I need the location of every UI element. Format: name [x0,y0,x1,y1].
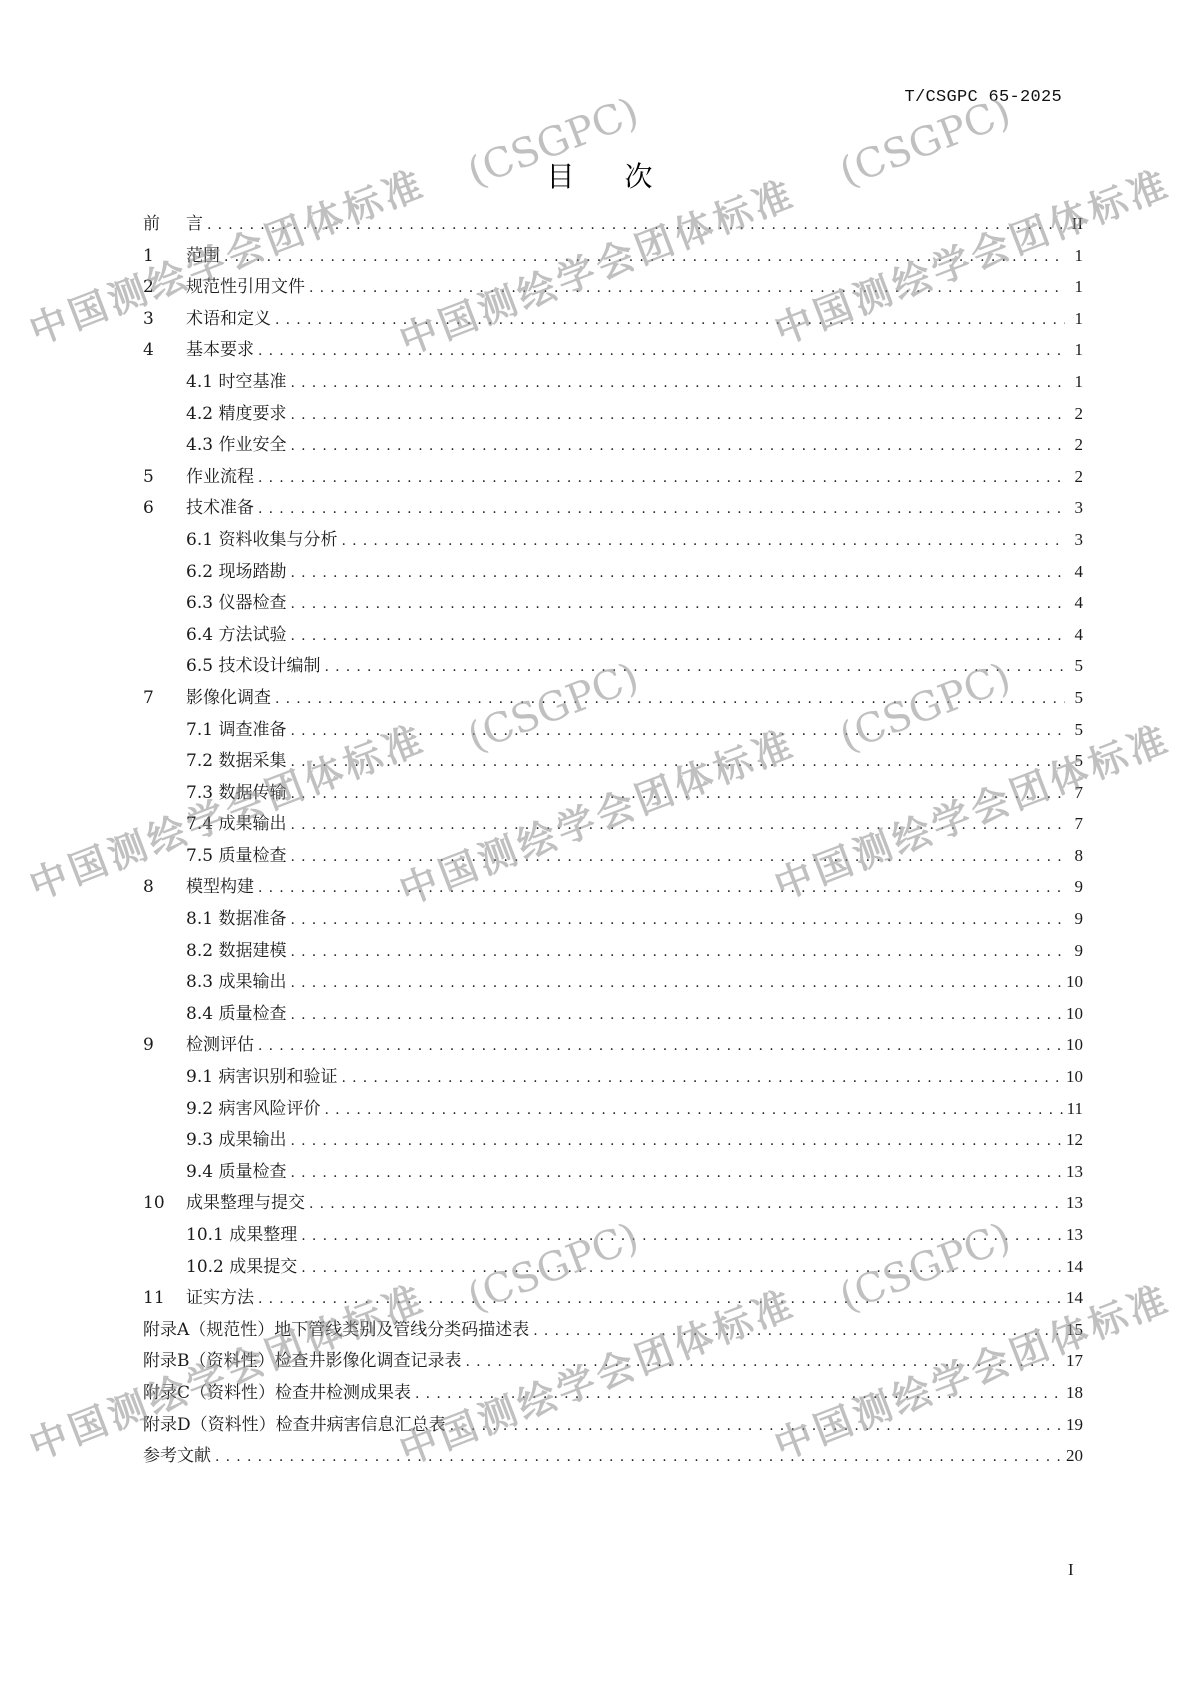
toc-entry-label: 1范围 [143,241,220,273]
toc-entry-label: 10成果整理与提交 [143,1188,305,1220]
toc-entry-page: 2 [1069,398,1083,430]
toc-entry-title: 7.2 数据采集 [186,751,286,771]
toc-entry-page: 5 [1069,650,1083,682]
toc-entry-page: 14 [1066,1251,1083,1283]
toc-entry-title: 9.3 成果输出 [186,1130,286,1150]
dot-leader [275,684,1065,716]
toc-entry-number: 3 [143,304,186,336]
toc-entry-label: 5作业流程 [143,462,254,494]
toc-entry-page: 10 [1066,966,1083,998]
toc-entry-title: 8.2 数据建模 [186,941,286,961]
toc-entry[interactable]: 5作业流程2 [143,461,1083,493]
toc-entry-label: 4.1 时空基准 [143,367,286,399]
toc-entry-page: II [1069,208,1083,240]
dot-leader [341,1063,1062,1095]
toc-entry-page: 13 [1066,1219,1083,1251]
toc-entry-label: 8.2 数据建模 [143,936,286,968]
toc-entry-title: 6.3 仪器检查 [186,593,286,613]
toc-entry-page: 7 [1069,808,1083,840]
toc-entry[interactable]: 8.4 质量检查10 [143,998,1083,1030]
dot-leader [258,873,1065,905]
toc-entry-label: 11证实方法 [143,1283,254,1315]
toc-entry[interactable]: 6技术准备3 [143,492,1083,524]
toc-entry-title: 范围 [186,246,220,266]
dot-leader [258,1031,1062,1063]
toc-entry-title: 影像化调查 [186,688,271,708]
toc-entry-label: 2规范性引用文件 [143,272,305,304]
dot-leader [290,400,1065,432]
dot-leader [309,273,1065,305]
toc-entry[interactable]: 9.1 病害识别和验证10 [143,1061,1083,1093]
toc-entry-number: 11 [143,1283,186,1315]
toc-entry-label: 7.5 质量检查 [143,841,286,873]
toc-entry-label: 8.4 质量检查 [143,999,286,1031]
toc-entry-title: 技术准备 [186,498,254,518]
toc-entry[interactable]: 附录D（资料性）检查井病害信息汇总表19 [143,1409,1083,1441]
toc-entry[interactable]: 7.4 成果输出7 [143,808,1083,840]
toc-entry[interactable]: 参考文献20 [143,1440,1083,1472]
toc-entry[interactable]: 8.1 数据准备9 [143,903,1083,935]
toc-entry-title: 6.2 现场踏勘 [186,562,286,582]
toc-entry[interactable]: 6.4 方法试验4 [143,619,1083,651]
dot-leader [258,336,1065,368]
toc-entry-label: 7影像化调查 [143,683,271,715]
dot-leader [290,431,1065,463]
toc-entry-page: 18 [1066,1377,1083,1409]
toc-entry-label: 9.1 病害识别和验证 [143,1062,337,1094]
dot-leader [275,305,1065,337]
dot-leader [290,1126,1062,1158]
toc-entry-label: 附录D（资料性）检查井病害信息汇总表 [143,1410,446,1442]
toc-entry[interactable]: 9.2 病害风险评价11 [143,1093,1083,1125]
toc-entry-title: 4.1 时空基准 [186,372,286,392]
toc-entry-title: 6.5 技术设计编制 [186,656,320,676]
toc-entry-page: 1 [1069,271,1083,303]
toc-entry-title: 参考文献 [143,1446,211,1466]
toc-entry[interactable]: 6.2 现场踏勘4 [143,556,1083,588]
dot-leader [290,968,1062,1000]
toc-entry-title: 8.4 质量检查 [186,1004,286,1024]
dot-leader [466,1347,1063,1379]
dot-leader [533,1316,1062,1348]
toc-entry[interactable]: 7.5 质量检查8 [143,840,1083,872]
toc-entry-page: 4 [1069,587,1083,619]
toc-entry[interactable]: 9.4 质量检查13 [143,1156,1083,1188]
toc-entry-title: 10.2 成果提交 [186,1257,297,1277]
toc-entry-title: 附录B（资料性）检查井影像化调查记录表 [143,1351,462,1371]
toc-entry[interactable]: 4.3 作业安全2 [143,429,1083,461]
toc-entry-page: 2 [1069,429,1083,461]
toc-entry-page: 10 [1066,1061,1083,1093]
toc-entry-label: 8模型构建 [143,872,254,904]
dot-leader [224,242,1065,274]
toc-entry-title: 附录A（规范性）地下管线类别及管线分类码描述表 [143,1320,529,1340]
toc-entry-page: 13 [1066,1187,1083,1219]
toc-entry-label: 附录B（资料性）检查井影像化调查记录表 [143,1346,462,1378]
toc-entry[interactable]: 7影像化调查5 [143,682,1083,714]
dot-leader [341,526,1065,558]
toc-entry-label: 参考文献 [143,1441,211,1473]
dot-leader [301,1253,1062,1285]
toc-entry-label: 9.3 成果输出 [143,1125,286,1157]
dot-leader [290,1158,1062,1190]
toc-entry-title: 8.1 数据准备 [186,909,286,929]
toc-entry-page: 17 [1066,1345,1083,1377]
toc-entry-label: 9.2 病害风险评价 [143,1094,320,1126]
toc-entry-page: 5 [1069,745,1083,777]
dot-leader [290,558,1065,590]
toc-entry[interactable]: 3术语和定义1 [143,303,1083,335]
dot-leader [290,1000,1062,1032]
dot-leader [290,842,1065,874]
page-title: 目次 [0,155,1199,195]
toc-entry-label: 6.4 方法试验 [143,620,286,652]
toc-entry-title: 7.5 质量检查 [186,846,286,866]
toc-entry[interactable]: 6.1 资料收集与分析3 [143,524,1083,556]
toc-entry-title: 4.2 精度要求 [186,404,286,424]
dot-leader [258,463,1065,495]
toc-entry-title: 8.3 成果输出 [186,972,286,992]
dot-leader [290,937,1065,969]
toc-entry-number: 7 [143,683,186,715]
toc-entry[interactable]: 4.1 时空基准1 [143,366,1083,398]
toc-entry-page: 15 [1066,1314,1083,1346]
toc-entry-title: 9.4 质量检查 [186,1162,286,1182]
dot-leader [207,210,1065,242]
table-of-contents: 前言II1范围12规范性引用文件13术语和定义14基本要求14.1 时空基准14… [143,208,1083,1472]
toc-entry-label: 7.1 调查准备 [143,715,286,747]
toc-entry-label: 附录A（规范性）地下管线类别及管线分类码描述表 [143,1315,529,1347]
toc-entry-page: 20 [1066,1440,1083,1472]
toc-entry-label: 7.3 数据传输 [143,778,286,810]
toc-entry-title: 证实方法 [186,1288,254,1308]
toc-entry[interactable]: 8.2 数据建模9 [143,935,1083,967]
toc-entry-page: 1 [1069,303,1083,335]
toc-entry[interactable]: 1范围1 [143,240,1083,272]
toc-entry-number: 6 [143,493,186,525]
toc-entry-label: 6.3 仪器检查 [143,588,286,620]
toc-entry[interactable]: 6.3 仪器检查4 [143,587,1083,619]
toc-entry-label: 3术语和定义 [143,304,271,336]
toc-entry-page: 1 [1069,334,1083,366]
dot-leader [309,1189,1062,1221]
toc-entry-title: 9.1 病害识别和验证 [186,1067,337,1087]
toc-entry-title: 附录C（资料性）检查井检测成果表 [143,1383,411,1403]
dot-leader [415,1379,1062,1411]
toc-entry-page: 4 [1069,619,1083,651]
toc-entry-label: 4基本要求 [143,335,254,367]
toc-entry-number: 1 [143,241,186,273]
toc-entry[interactable]: 10成果整理与提交13 [143,1187,1083,1219]
dot-leader [290,810,1065,842]
toc-entry-number: 8 [143,872,186,904]
toc-entry-page: 5 [1069,714,1083,746]
toc-entry-page: 1 [1069,240,1083,272]
toc-entry[interactable]: 附录C（资料性）检查井检测成果表18 [143,1377,1083,1409]
dot-leader [290,368,1065,400]
toc-entry-title: 附录D（资料性）检查井病害信息汇总表 [143,1415,446,1435]
toc-entry-number: 10 [143,1188,186,1220]
toc-entry[interactable]: 7.2 数据采集5 [143,745,1083,777]
toc-entry-title: 作业流程 [186,467,254,487]
toc-entry-title: 6.4 方法试验 [186,625,286,645]
dot-leader [290,779,1065,811]
toc-entry-label: 7.4 成果输出 [143,809,286,841]
toc-entry-page: 9 [1069,903,1083,935]
toc-entry-page: 3 [1069,524,1083,556]
standard-code: T/CSGPC 65-2025 [904,88,1062,107]
toc-entry-label: 附录C（资料性）检查井检测成果表 [143,1378,411,1410]
toc-entry-page: 7 [1069,777,1083,809]
toc-entry-label: 9检测评估 [143,1030,254,1062]
toc-entry-label: 6.5 技术设计编制 [143,651,320,683]
toc-entry-title: 7.3 数据传输 [186,783,286,803]
dot-leader [290,621,1065,653]
dot-leader [290,747,1065,779]
toc-entry[interactable]: 7.3 数据传输7 [143,777,1083,809]
toc-entry-label: 9.4 质量检查 [143,1157,286,1189]
page-number: I [1068,1560,1074,1580]
toc-entry[interactable]: 7.1 调查准备5 [143,714,1083,746]
toc-entry[interactable]: 前言II [143,208,1083,240]
toc-entry-title: 检测评估 [186,1035,254,1055]
toc-entry-title: 7.1 调查准备 [186,720,286,740]
toc-entry-label: 6技术准备 [143,493,254,525]
toc-entry[interactable]: 附录A（规范性）地下管线类别及管线分类码描述表15 [143,1314,1083,1346]
toc-entry[interactable]: 9.3 成果输出12 [143,1124,1083,1156]
toc-entry-title: 6.1 资料收集与分析 [186,530,337,550]
toc-entry-label: 6.1 资料收集与分析 [143,525,337,557]
toc-entry-title: 9.2 病害风险评价 [186,1099,320,1119]
dot-leader [290,589,1065,621]
toc-entry[interactable]: 8.3 成果输出10 [143,966,1083,998]
toc-entry-page: 14 [1066,1282,1083,1314]
title-char-1: 目 [546,160,574,193]
toc-entry-label: 10.2 成果提交 [143,1252,297,1284]
dot-leader [215,1442,1062,1474]
toc-entry-page: 1 [1069,366,1083,398]
toc-entry-page: 9 [1069,871,1083,903]
toc-entry-page: 10 [1066,998,1083,1030]
dot-leader [290,716,1065,748]
toc-entry[interactable]: 11证实方法14 [143,1282,1083,1314]
toc-entry-title: 规范性引用文件 [186,277,305,297]
dot-leader [324,652,1065,684]
toc-entry-title: 基本要求 [186,340,254,360]
dot-leader [258,494,1065,526]
title-char-2: 次 [625,160,653,193]
toc-entry-title: 模型构建 [186,877,254,897]
toc-entry[interactable]: 4基本要求1 [143,334,1083,366]
toc-entry-page: 2 [1069,461,1083,493]
toc-entry-label: 前言 [143,209,203,241]
toc-entry-number: 2 [143,272,186,304]
dot-leader [258,1284,1062,1316]
toc-entry[interactable]: 附录B（资料性）检查井影像化调查记录表17 [143,1345,1083,1377]
dot-leader [450,1411,1062,1443]
toc-entry-number: 4 [143,335,186,367]
toc-entry[interactable]: 10.1 成果整理13 [143,1219,1083,1251]
toc-entry-number: 9 [143,1030,186,1062]
dot-leader [290,905,1065,937]
toc-entry-label: 4.3 作业安全 [143,430,286,462]
toc-entry-page: 9 [1069,935,1083,967]
toc-entry[interactable]: 4.2 精度要求2 [143,398,1083,430]
toc-entry-label: 8.3 成果输出 [143,967,286,999]
toc-entry[interactable]: 8模型构建9 [143,871,1083,903]
toc-entry-page: 13 [1066,1156,1083,1188]
toc-entry-page: 8 [1069,840,1083,872]
toc-entry-page: 12 [1066,1124,1083,1156]
toc-entry-page: 19 [1066,1409,1083,1441]
toc-entry-page: 10 [1066,1029,1083,1061]
toc-entry-title: 言 [186,214,203,234]
toc-entry-title: 术语和定义 [186,309,271,329]
toc-entry-page: 4 [1069,556,1083,588]
toc-entry[interactable]: 9检测评估10 [143,1029,1083,1061]
toc-entry-title: 10.1 成果整理 [186,1225,297,1245]
toc-entry-label: 7.2 数据采集 [143,746,286,778]
toc-entry[interactable]: 2规范性引用文件1 [143,271,1083,303]
toc-entry-label: 4.2 精度要求 [143,399,286,431]
toc-entry-label: 8.1 数据准备 [143,904,286,936]
toc-entry-title: 7.4 成果输出 [186,814,286,834]
toc-entry-title: 4.3 作业安全 [186,435,286,455]
toc-entry-title: 成果整理与提交 [186,1193,305,1213]
toc-entry-page: 11 [1067,1093,1083,1125]
toc-entry-number: 前 [143,209,186,241]
toc-entry-label: 10.1 成果整理 [143,1220,297,1252]
toc-entry-page: 3 [1069,492,1083,524]
dot-leader [324,1095,1062,1127]
toc-entry[interactable]: 10.2 成果提交14 [143,1251,1083,1283]
dot-leader [301,1221,1062,1253]
toc-entry-label: 6.2 现场踏勘 [143,557,286,589]
toc-entry[interactable]: 6.5 技术设计编制5 [143,650,1083,682]
toc-entry-page: 5 [1069,682,1083,714]
toc-entry-number: 5 [143,462,186,494]
